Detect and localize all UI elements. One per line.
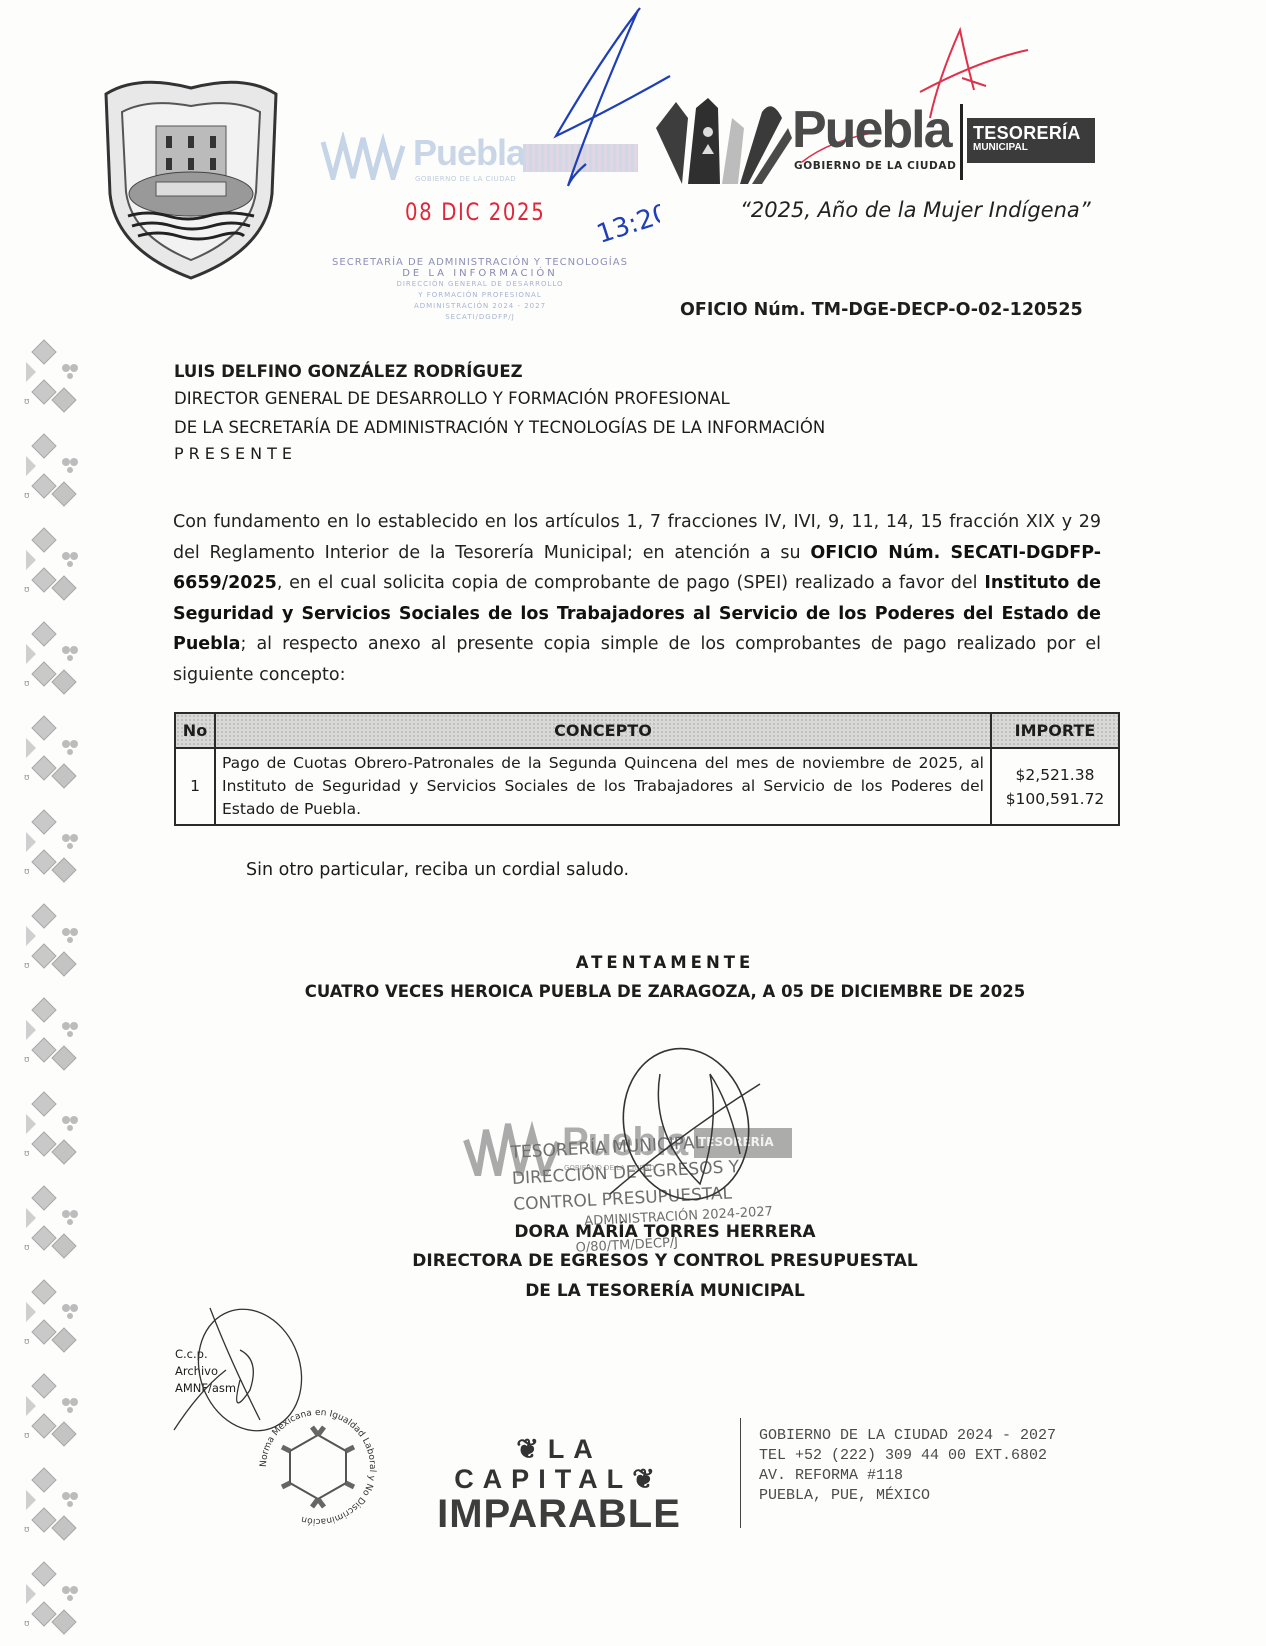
city-shield-crest-icon	[98, 74, 284, 280]
row-amounts: $2,521.38 $100,591.72	[991, 748, 1119, 825]
row-concept: Pago de Cuotas Obrero-Patronales de la S…	[215, 748, 991, 825]
stamp-line: DIRECCIÓN GENERAL DE DESARROLLO	[310, 279, 650, 290]
treasury-badge: TESORERÍA MUNICIPAL	[967, 118, 1095, 163]
wing-left-icon: ❦	[516, 1434, 548, 1464]
footer-address-line: PUEBLA, PUE, MÉXICO	[759, 1486, 1056, 1506]
stamp-logo-wordmark: Puebla	[413, 132, 525, 174]
reception-stamp-logo: Puebla GOBIERNO DE LA CIUDAD	[318, 128, 638, 188]
table-header-row: No CONCEPTO IMPORTE	[175, 713, 1119, 748]
logo-divider	[960, 104, 963, 180]
ccp-block: C.c.p. Archivo AMNF/asm	[175, 1346, 236, 1397]
puebla-city-logo-icon	[652, 98, 792, 184]
reception-stamp-text: SECRETARÍA DE ADMINISTRACIÓN Y TECNOLOGÍ…	[310, 257, 650, 323]
treasury-logo: Puebla GOBIERNO DE LA CIUDAD TESORERÍA M…	[652, 88, 1102, 188]
puebla-city-logo-icon	[318, 132, 408, 180]
stamp-line: SECATI/DGDFP/J	[310, 312, 650, 323]
signer-department: DE LA TESORERÍA MUNICIPAL	[0, 1281, 1266, 1301]
signer-title: DIRECTORA DE EGRESOS Y CONTROL PRESUPUES…	[0, 1251, 1266, 1271]
stamp-line: ADMINISTRACIÓN 2024 - 2027	[310, 301, 650, 312]
handwritten-time: 13:20	[593, 198, 660, 250]
stamp-line: DE LA INFORMACIÓN	[310, 268, 650, 279]
logo-wordmark: Puebla	[792, 100, 951, 160]
ccp-initials: AMNF/asm	[175, 1380, 236, 1397]
treasury-badge-title: TESORERÍA	[973, 124, 1089, 142]
body-text: ; al respecto anexo al presente copia si…	[173, 634, 1101, 685]
treasury-badge-subtitle: MUNICIPAL	[973, 142, 1089, 154]
column-header-concept: CONCEPTO	[215, 713, 991, 748]
handwritten-time-icon: 13:20	[590, 180, 660, 250]
stamp-logo-subtitle: GOBIERNO DE LA CIUDAD	[415, 175, 516, 183]
seal-text: Norma Mexicana en Igualdad Laboral y No …	[259, 1408, 377, 1527]
footer-address-line: TEL +52 (222) 309 44 00 EXT.6802	[759, 1446, 1056, 1466]
closing-greeting: Sin otro particular, reciba un cordial s…	[246, 860, 629, 880]
column-header-no: No	[175, 713, 215, 748]
logo-subtitle: GOBIERNO DE LA CIUDAD	[794, 160, 956, 172]
ccp-label: C.c.p.	[175, 1346, 236, 1363]
wing-right-icon: ❦	[632, 1464, 664, 1494]
addressee-title: DE LA SECRETARÍA DE ADMINISTRACIÓN Y TEC…	[174, 414, 825, 442]
footer-address: GOBIERNO DE LA CIUDAD 2024 - 2027 TEL +5…	[740, 1418, 1056, 1528]
slogan-logo: ❦LA CAPITAL❦ IMPARABLE	[404, 1434, 714, 1534]
year-motto: “2025, Año de la Mujer Indígena”	[740, 198, 1091, 222]
slogan-bottom: IMPARABLE	[404, 1494, 714, 1534]
signer-name: DORA MARÍA TORRES HERRERA	[0, 1222, 1266, 1242]
addressee-name: LUIS DELFINO GONZÁLEZ RODRÍGUEZ	[174, 360, 825, 384]
amount-value: $2,521.38	[998, 763, 1112, 787]
stamp-logo-box	[523, 144, 638, 172]
addressee-block: LUIS DELFINO GONZÁLEZ RODRÍGUEZ DIRECTOR…	[174, 360, 825, 466]
addressee-presente: PRESENTE	[174, 442, 825, 466]
table-row: 1 Pago de Cuotas Obrero-Patronales de la…	[175, 748, 1119, 825]
slogan-top: ❦LA CAPITAL❦	[404, 1434, 714, 1494]
svg-text:Norma Mexicana en Igualdad Lab: Norma Mexicana en Igualdad Laboral y No …	[259, 1408, 377, 1527]
body-text: , en el cual solicita copia de comproban…	[277, 573, 985, 593]
footer-address-line: GOBIERNO DE LA CIUDAD 2024 - 2027	[759, 1426, 1056, 1446]
concept-table: No CONCEPTO IMPORTE 1 Pago de Cuotas Obr…	[174, 712, 1120, 826]
stamp-line: Y FORMACIÓN PROFESIONAL	[310, 290, 650, 301]
oficio-number: OFICIO Núm. TM-DGE-DECP-O-02-120525	[680, 300, 1083, 320]
closing-atentamente: ATENTAMENTE	[0, 953, 1266, 972]
reception-date-stamp: 08 DIC 2025	[405, 198, 545, 226]
body-paragraph: Con fundamento en lo establecido en los …	[173, 507, 1101, 690]
place-and-date: CUATRO VECES HEROICA PUEBLA DE ZARAGOZA,…	[0, 982, 1266, 1001]
amount-value: $100,591.72	[998, 787, 1112, 811]
addressee-title: DIRECTOR GENERAL DE DESARROLLO Y FORMACI…	[174, 384, 825, 414]
stamp-line: SECRETARÍA DE ADMINISTRACIÓN Y TECNOLOGÍ…	[310, 257, 650, 268]
ccp-recipient: Archivo	[175, 1363, 236, 1380]
column-header-amount: IMPORTE	[991, 713, 1119, 748]
row-number: 1	[175, 748, 215, 825]
footer-address-line: AV. REFORMA #118	[759, 1466, 1056, 1486]
norma-igualdad-seal-icon: Norma Mexicana en Igualdad Laboral y No …	[256, 1405, 381, 1530]
